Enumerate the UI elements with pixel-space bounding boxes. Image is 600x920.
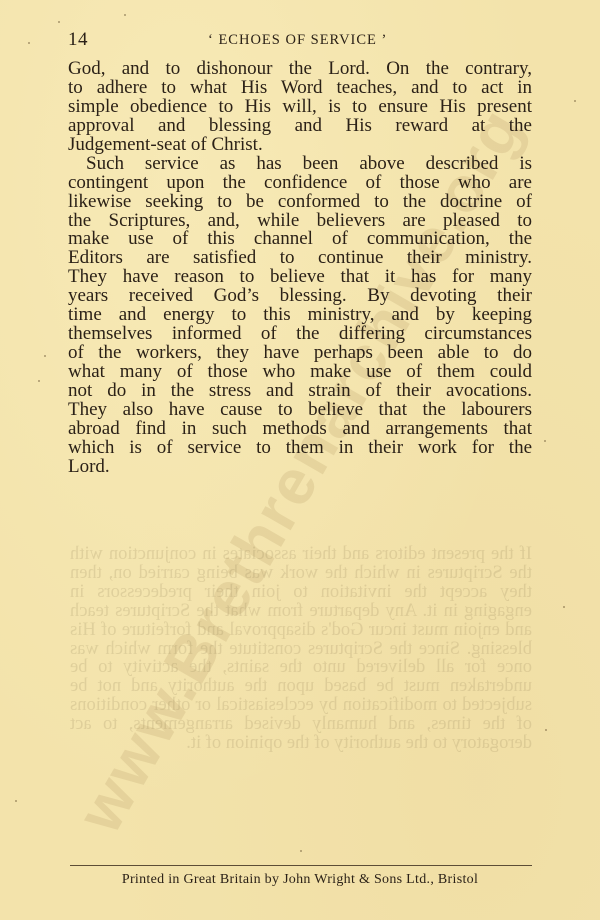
paper-speck (58, 21, 60, 23)
page-number: 14 (68, 29, 88, 51)
paper-speck (44, 355, 46, 357)
text-line: They also have cause to believe that the… (68, 401, 532, 420)
running-head: 14 ‘ ECHOES OF SERVICE ’ (68, 29, 532, 53)
footer-rule (70, 865, 532, 866)
text-line: Lord. (68, 458, 532, 477)
text-line: Such service as has been above described… (68, 155, 532, 174)
body-text: God, and to dishonour the Lord. On the c… (68, 60, 532, 477)
paper-speck (563, 606, 565, 608)
text-line: simple obedience to His will, is to ensu… (68, 98, 532, 117)
paper-speck (300, 850, 302, 852)
paper-speck (544, 440, 546, 442)
text-line: contingent upon the confidence of those … (68, 174, 532, 193)
paper-speck (545, 729, 547, 731)
running-head-title: ‘ ECHOES OF SERVICE ’ (208, 32, 387, 49)
paper-speck (28, 42, 30, 44)
book-page: If the present editors and their associa… (0, 0, 600, 920)
text-line: Judgement-seat of Christ. (68, 136, 532, 155)
paper-speck (574, 100, 576, 102)
text-line: abroad find in such methods and arrangem… (68, 420, 532, 439)
paper-speck (15, 800, 17, 802)
paper-speck (124, 14, 126, 16)
printer-imprint: Printed in Great Britain by John Wright … (0, 872, 600, 888)
text-line: which is of service to them in their wor… (68, 439, 532, 458)
text-line: likewise seeking to be conformed to the … (68, 193, 532, 212)
reverse-side-bleed-through: If the present editors and their associa… (70, 545, 532, 753)
paper-speck (38, 380, 40, 382)
text-line: approval and blessing and His reward at … (68, 117, 532, 136)
